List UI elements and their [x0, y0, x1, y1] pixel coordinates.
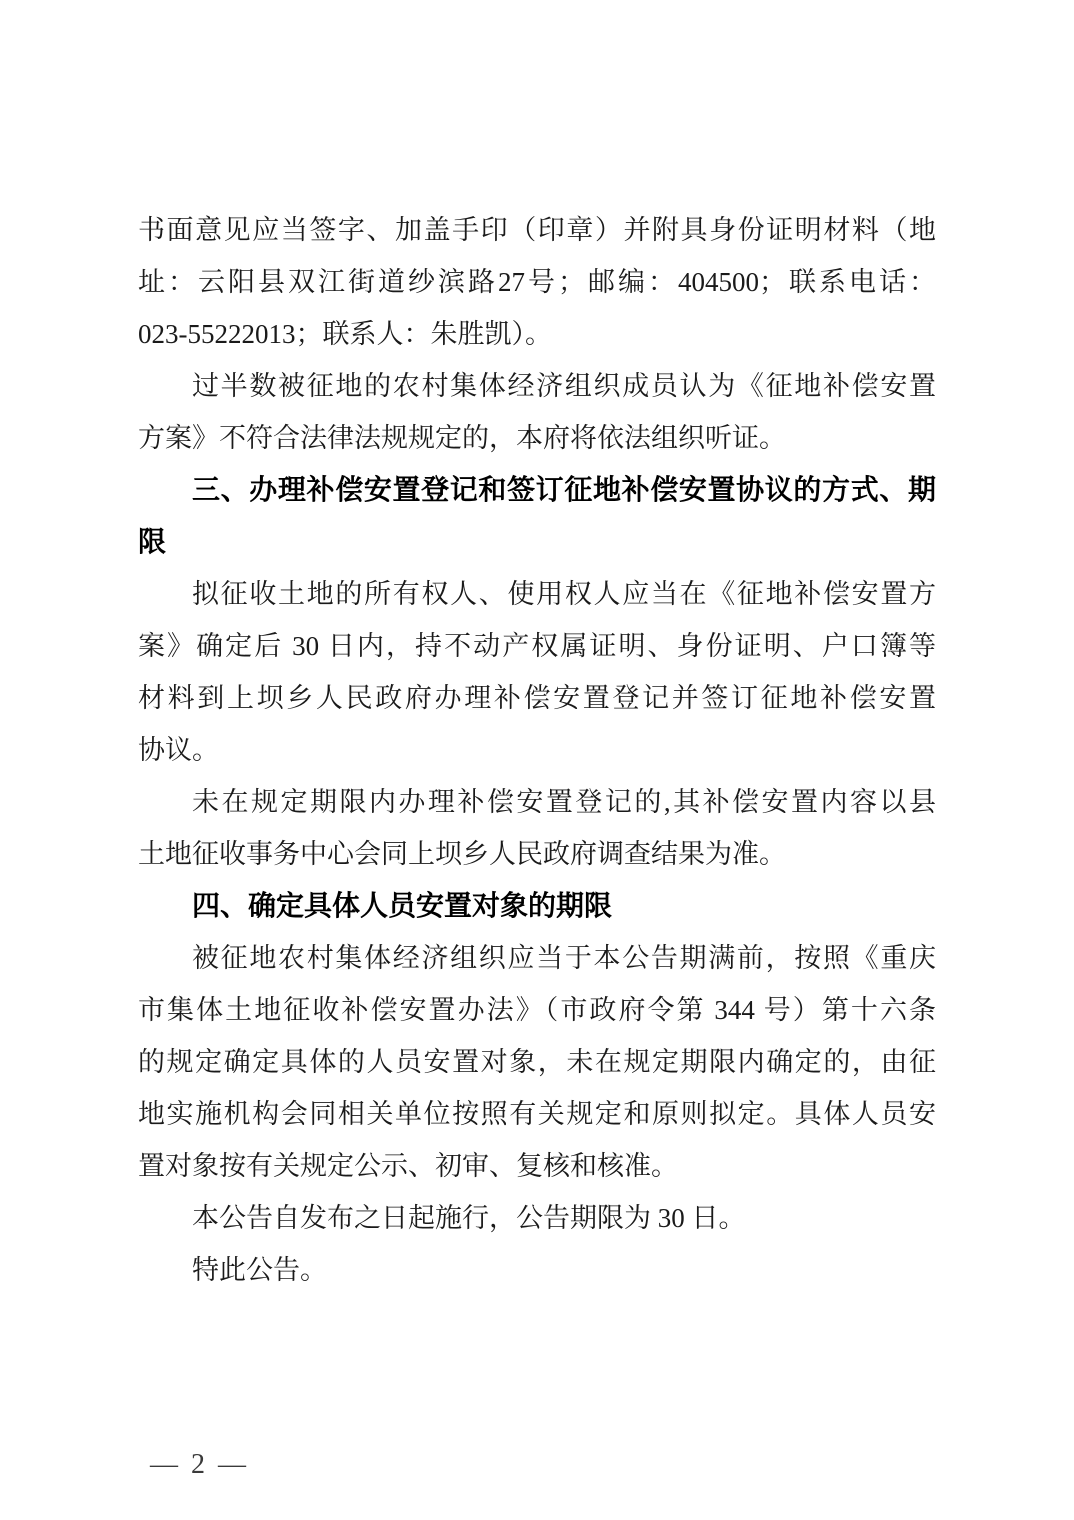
text-line: 特此公告。 [138, 1244, 936, 1296]
text-line: 土地征收事务中心会同上坝乡人民政府调查结果为准。 [138, 828, 936, 880]
heading-line: 三、办理补偿安置登记和签订征地补偿安置协议的方式、期 [138, 464, 936, 516]
text-line: 址：云阳县双江街道纱滨路27号；邮编：404500；联系电话： [138, 256, 936, 308]
page-number: — 2 — [150, 1448, 249, 1482]
text-line: 023-55222013；联系人：朱胜凯）。 [138, 308, 936, 360]
document-body: 书面意见应当签字、加盖手印（印章）并附具身份证明材料（地址：云阳县双江街道纱滨路… [138, 204, 936, 1296]
text-line: 材料到上坝乡人民政府办理补偿安置登记并签订征地补偿安置 [138, 672, 936, 724]
text-line: 地实施机构会同相关单位按照有关规定和原则拟定。具体人员安 [138, 1088, 936, 1140]
text-line: 拟征收土地的所有权人、使用权人应当在《征地补偿安置方 [138, 568, 936, 620]
text-line: 被征地农村集体经济组织应当于本公告期满前，按照《重庆 [138, 932, 936, 984]
text-line: 置对象按有关规定公示、初审、复核和核准。 [138, 1140, 936, 1192]
text-line: 未在规定期限内办理补偿安置登记的,其补偿安置内容以县 [138, 776, 936, 828]
text-line: 过半数被征地的农村集体经济组织成员认为《征地补偿安置 [138, 360, 936, 412]
text-line: 案》确定后 30 日内，持不动产权属证明、身份证明、户口簿等 [138, 620, 936, 672]
heading-line: 限 [138, 516, 936, 568]
heading-line: 四、确定具体人员安置对象的期限 [138, 880, 936, 932]
document-page: 书面意见应当签字、加盖手印（印章）并附具身份证明材料（地址：云阳县双江街道纱滨路… [0, 0, 1074, 1520]
document-lines: 书面意见应当签字、加盖手印（印章）并附具身份证明材料（地址：云阳县双江街道纱滨路… [138, 204, 936, 1296]
text-line: 书面意见应当签字、加盖手印（印章）并附具身份证明材料（地 [138, 204, 936, 256]
text-line: 市集体土地征收补偿安置办法》（市政府令第 344 号）第十六条 [138, 984, 936, 1036]
text-line: 方案》不符合法律法规规定的，本府将依法组织听证。 [138, 412, 936, 464]
text-line: 的规定确定具体的人员安置对象，未在规定期限内确定的，由征 [138, 1036, 936, 1088]
text-line: 本公告自发布之日起施行，公告期限为 30 日。 [138, 1192, 936, 1244]
text-line: 协议。 [138, 724, 936, 776]
